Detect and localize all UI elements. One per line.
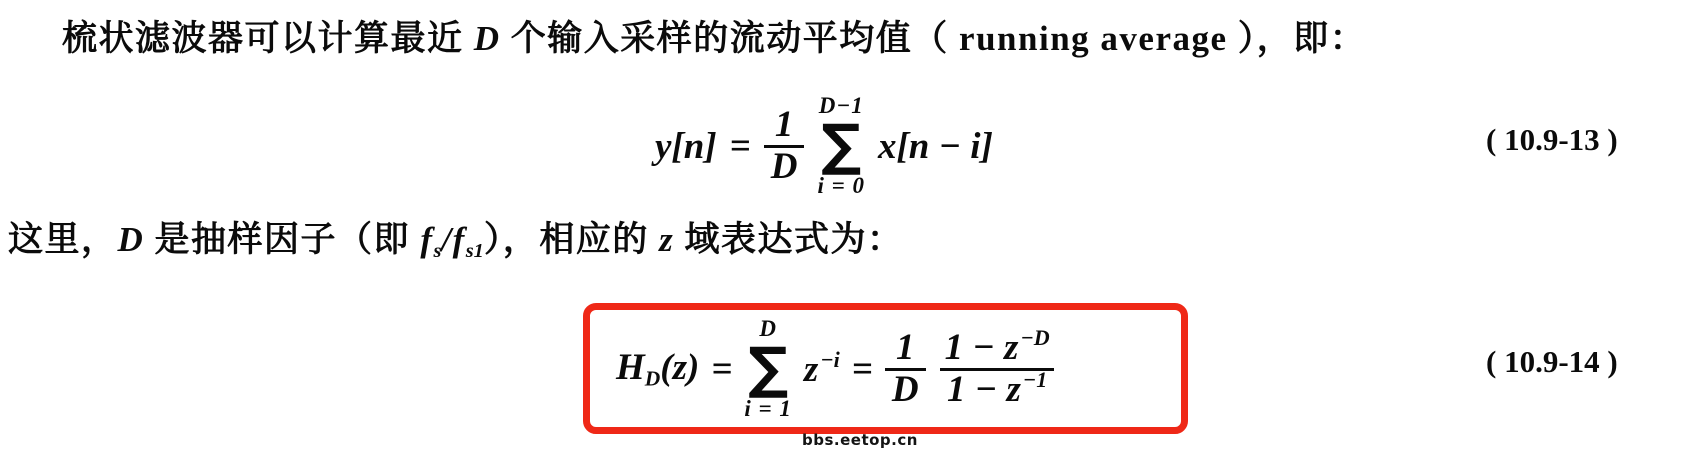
eq2-summation: D ∑ i = 1 (744, 316, 792, 422)
eq1-frac-numerator: 1 (768, 106, 801, 145)
eq2-frac2-den-exponent: −1 (1023, 367, 1047, 392)
equation-number-10-9-14: ( 10.9-14 ) (1486, 344, 1618, 380)
eq2-frac1-denominator: D (885, 368, 926, 410)
equation-comb-transfer-function: HD(z) = D ∑ i = 1 z−i = 1 D 1 − z−D 1 − … (616, 305, 1057, 433)
eq2-summand: z−i (804, 348, 840, 391)
eq2-frac2-num-base: 1 − z (945, 327, 1019, 368)
para1-text-end: 个输入采样的流动平均值（ running average ），即： (501, 19, 1367, 58)
para2-text-1: 这里， (8, 220, 118, 259)
eq1-rhs: x[n − i] (878, 125, 993, 168)
para2-text-2: 是抽样因子（即 (144, 220, 420, 259)
eq1-fraction-1-over-D: 1 D (764, 106, 805, 187)
equation-running-average: y[n] = 1 D D−1 ∑ i = 0 x[n − i] (655, 88, 993, 204)
para1-var-D: D (474, 19, 501, 58)
para2-slash-f: /f (441, 220, 465, 259)
equation-number-10-9-13: ( 10.9-13 ) (1486, 122, 1618, 158)
eq2-frac2-numerator: 1 − z−D (938, 329, 1057, 368)
para2-var-z: z (659, 220, 674, 259)
para1-text-start: 梳状滤波器可以计算最近 (62, 19, 474, 58)
eq1-frac-denominator: D (764, 145, 805, 187)
para2-text-4: 域表达式为： (674, 220, 903, 259)
paragraph-sampling-factor: 这里，D 是抽样因子（即 fs/fs1），相应的 z 域表达式为： (8, 219, 903, 263)
para2-text-3: ），相应的 (484, 220, 659, 259)
eq2-frac1-numerator: 1 (889, 329, 922, 368)
sigma-icon: ∑ (821, 119, 861, 172)
eq2-lhs-H: H (616, 347, 645, 388)
para2-var-D: D (118, 220, 145, 259)
paragraph-comb-filter-intro: 梳状滤波器可以计算最近 D 个输入采样的流动平均值（ running avera… (62, 18, 1366, 60)
eq1-sum-lower-limit: i = 0 (817, 173, 865, 199)
eq2-lhs-paren-z: (z) (660, 347, 699, 388)
eq1-summation: D−1 ∑ i = 0 (817, 93, 865, 199)
eq2-summand-exponent: −i (820, 347, 839, 372)
eq2-equals-1: = (711, 348, 732, 391)
sigma-icon: ∑ (748, 342, 788, 395)
eq2-lhs-sub-D: D (645, 367, 661, 391)
eq2-lhs: HD(z) (616, 346, 699, 391)
para2-sub-s1: s1 (466, 240, 484, 262)
eq2-sum-lower-limit: i = 1 (744, 396, 792, 422)
eq1-equals: = (730, 125, 751, 168)
eq2-fraction-geometric: 1 − z−D 1 − z−1 (938, 329, 1057, 410)
eq2-frac2-num-exponent: −D (1020, 325, 1049, 350)
eq2-fraction-1-over-D: 1 D (885, 329, 926, 410)
eq2-frac2-denominator: 1 − z−1 (940, 368, 1054, 410)
eq2-summand-z: z (804, 349, 818, 390)
watermark-text: bbs.eetop.cn (802, 431, 918, 449)
eq2-frac2-den-base: 1 − z (947, 369, 1021, 410)
para2-var-f: f (420, 220, 433, 259)
eq1-lhs: y[n] (655, 125, 717, 168)
eq2-equals-2: = (852, 348, 873, 391)
